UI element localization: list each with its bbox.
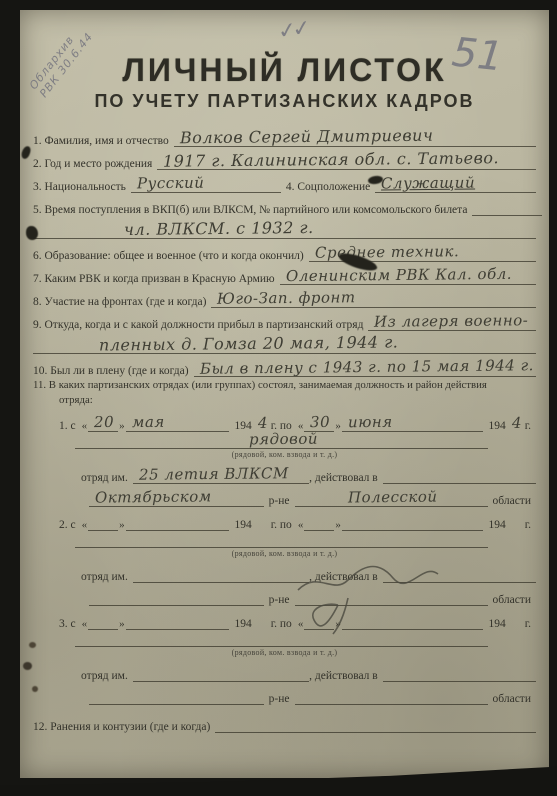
field-row-5-label: 5. Время поступления в ВКП(б) или ВЛКСМ,… (33, 193, 536, 216)
entry-3-day-from (88, 628, 96, 629)
field-10-label: 10. Был ли в плену (где и когда) (33, 365, 194, 377)
ink-blot (26, 226, 38, 240)
entry-3-year-from (257, 629, 258, 630)
entry-2-day-to-line (304, 510, 334, 531)
entry-2-year-to (511, 530, 512, 531)
entry-2-month-to (342, 529, 350, 530)
entry-1-month-to-line: июня (342, 411, 484, 432)
entry-3-district (89, 703, 97, 704)
entry-1-district-line: Октябрьском (89, 486, 264, 507)
entry-2-year-from (257, 530, 258, 531)
entry-3-month-from (126, 628, 134, 629)
field-11-label2: отряда: (33, 393, 536, 408)
otryad-label: отряд им. (81, 472, 133, 484)
entry-3-acted-line (383, 661, 536, 682)
field-5-line: чл. ВЛКСМ. с 1932 г. (33, 218, 536, 239)
field-8-line: Юго-Зап. фронт (211, 287, 536, 308)
field-3-label: 3. Национальность (33, 181, 131, 193)
field-3-line: Русский (131, 172, 281, 193)
entry-1-position: рядовой (243, 432, 320, 449)
rne-label: р-не (264, 693, 295, 705)
field-row-8: 8. Участие на фронтах (где и когда) Юго-… (33, 285, 536, 308)
field-11-label: 11. В каких партизанских отрядах (или гр… (33, 377, 536, 393)
entry-1-otryad-row: отряд им. 25 летия ВЛКСМ , действовал в (33, 461, 536, 484)
year-prefix: 194 (229, 519, 256, 531)
field-row-5-value: чл. ВЛКСМ. с 1932 г. (33, 216, 536, 239)
field-1-label: 1. Фамилия, имя и отчество (33, 135, 174, 147)
entry-2-position (277, 546, 285, 547)
year-prefix: 194 (483, 618, 510, 630)
entry-1-district-row: Октябрьском р-не Полесской области (33, 484, 536, 507)
field-9-label: 9. Откуда, когда и с какой должности при… (33, 319, 368, 331)
paper-speck (29, 642, 36, 648)
field-12-label: 12. Ранения и контузии (где и когда) (33, 721, 215, 733)
entry-3-index: 3. с (59, 618, 81, 630)
field-row-9: 9. Откуда, когда и с какой должности при… (33, 308, 536, 331)
field-row-12: 12. Ранения и контузии (где и когда) (33, 710, 536, 733)
entry-3-otryad-row: отряд им. , действовал в (33, 659, 536, 682)
field-row-3-4: 3. Национальность Русский 4. Соцположени… (33, 170, 536, 193)
entry-1-day-to: 30 (304, 415, 332, 431)
entry-3-district-row: р-не области (33, 682, 536, 705)
year-prefix: 194 (483, 519, 510, 531)
field-6-label: 6. Образование: общее и военное (что и к… (33, 250, 309, 262)
entry-1-year-to-slot: 4 (511, 412, 525, 432)
field-8-value: Юго-Зап. фронт (211, 290, 358, 308)
entry-1-otryad-name: 25 летия ВЛКСМ (133, 466, 291, 484)
service-entry-1: 1. с « 20 » мая 194 4 г. по « 30 » июня … (33, 408, 536, 507)
oblast-label: области (488, 594, 536, 606)
entry-2-day-to (304, 529, 312, 530)
field-row-9b: пленных д. Гомза 20 мая, 1944 г. (33, 331, 536, 354)
entry-3-year-to-slot (511, 610, 525, 630)
entry-2-position-rule (75, 531, 488, 548)
field-5-line-short (472, 195, 542, 216)
entry-1-year-to: 4 (511, 416, 522, 432)
entry-2-district (89, 604, 97, 605)
entry-3-day-from-line (88, 609, 118, 630)
entry-3-otryad-line (133, 661, 309, 682)
entry-2-position-line (75, 531, 488, 549)
paper-speck (23, 662, 32, 670)
field-5-value: чл. ВЛКСМ. с 1932 г. (118, 220, 316, 239)
field-9-value-line2: пленных д. Гомза 20 мая, 1944 г. (93, 334, 400, 354)
quote-close: » (118, 618, 126, 630)
entry-1-month-from-line: мая (126, 411, 230, 432)
field-9-line2: пленных д. Гомза 20 мая, 1944 г. (33, 333, 536, 354)
entry-3-month-from-line (126, 609, 230, 630)
field-7-value: Оленинским РВК Кал. обл. (280, 267, 514, 285)
entry-3-position (277, 645, 285, 646)
field-row-1: 1. Фамилия, имя и отчество Волков Сергей… (33, 124, 536, 147)
entry-2-year-from-slot (257, 511, 271, 531)
entry-3-district-line (89, 684, 264, 705)
entry-2-index: 2. с (59, 519, 81, 531)
field-2-line: 1917 г. Калининская обл. с. Татьево. (157, 149, 536, 170)
field-3-value: Русский (131, 176, 207, 193)
entry-1-day-from-line: 20 (88, 411, 118, 432)
entry-1-month-from: мая (126, 415, 167, 431)
paper-speck (32, 686, 38, 692)
entry-3-oblast-line (295, 684, 488, 705)
quote-close: » (118, 519, 126, 531)
rne-label: р-не (264, 495, 295, 507)
entry-2-month-to-line (342, 510, 484, 531)
field-2-label: 2. Год и место рождения (33, 158, 157, 170)
entry-2-day-from-line (88, 510, 118, 531)
field-10-value: Был в плену с 1943 г. по 15 мая 1944 г. (193, 358, 535, 378)
field-6-value: Среднее техник. (309, 244, 461, 262)
entry-1-month-to: июня (342, 415, 395, 432)
quote-close: » (334, 519, 342, 531)
entry-1-position-line: рядовой (75, 432, 488, 450)
entry-1-position-rule: рядовой (75, 432, 488, 449)
entry-2-month-from-line (126, 510, 230, 531)
field-5-label: 5. Время поступления в ВКП(б) или ВЛКСМ,… (33, 204, 472, 216)
entry-3-oblast (387, 703, 395, 704)
entry-1-dates: 1. с « 20 » мая 194 4 г. по « 30 » июня … (33, 408, 536, 432)
quote-close: » (334, 420, 342, 432)
entry-2-dates: 2. с « » 194 г. по « » 194 г. (33, 507, 536, 531)
field-12-value (215, 731, 223, 732)
field-row-10: 10. Был ли в плену (где и когда) Был в п… (33, 354, 536, 377)
field-row-7: 7. Каким РВК и когда призван в Красную А… (33, 262, 536, 285)
quote-open: « (81, 519, 89, 531)
entry-3-year-to (511, 629, 512, 630)
field-9-value-line1: Из лагеря военно- (368, 313, 530, 331)
pencil-checkmarks: ✓✓ (276, 16, 308, 45)
g-label: г. (525, 420, 536, 432)
pen-scribble (278, 550, 468, 640)
quote-close: » (118, 420, 126, 432)
field-7-label: 7. Каким РВК и когда призван в Красную А… (33, 273, 280, 285)
entry-2-district-line (89, 585, 264, 606)
oblast-label: области (488, 693, 536, 705)
otryad-label: отряд им. (81, 670, 133, 682)
field-7-line: Оленинским РВК Кал. обл. (280, 264, 536, 285)
field-4-label: 4. Соцположение (281, 181, 375, 193)
entry-1-year-from-slot: 4 (257, 412, 271, 432)
field-1-value: Волков Сергей Дмитриевич (174, 128, 436, 148)
field-2-value: 1917 г. Калининская обл. с. Татьево. (157, 150, 501, 171)
field-9-line1: Из лагеря военно- (368, 310, 536, 331)
otryad-label: отряд им. (81, 571, 133, 583)
field-8-label: 8. Участие на фронтах (где и когда) (33, 296, 211, 308)
scan-background: Облархив РВК 30.6.44 ✓✓ 51 ЛИЧНЫЙ ЛИСТОК… (0, 0, 557, 796)
entry-3-otryad-name (133, 680, 141, 681)
quote-open: « (81, 618, 89, 630)
entry-1-district: Октябрьском (89, 489, 214, 506)
entry-2-otryad-name (133, 581, 141, 582)
g-label: г. (525, 519, 536, 531)
field-1-line: Волков Сергей Дмитриевич (174, 126, 536, 147)
acted-label: , действовал в (309, 670, 383, 682)
field-12-line (215, 712, 536, 733)
field-10-line: Был в плену с 1943 г. по 15 мая 1944 г. (194, 356, 536, 377)
entry-1-caption: (рядовой, ком. взвода и т. д.) (33, 450, 536, 461)
entry-3-year-from-slot (257, 610, 271, 630)
oblast-label: области (488, 495, 536, 507)
entry-1-oblast-line: Полесской (295, 486, 488, 507)
entry-2-year-to-slot (511, 511, 525, 531)
year-prefix: 194 (229, 618, 256, 630)
document-subtitle: ПО УЧЕТУ ПАРТИЗАНСКИХ КАДРОВ (20, 91, 549, 112)
acted-label: , действовал в (309, 472, 383, 484)
field-4-line: Служащий (375, 172, 536, 193)
document-paper: Облархив РВК 30.6.44 ✓✓ 51 ЛИЧНЫЙ ЛИСТОК… (20, 10, 549, 778)
field-4-value: Служащий (375, 175, 477, 192)
field-row-6: 6. Образование: общее и военное (что и к… (33, 239, 536, 262)
entry-2-month-from (126, 529, 134, 530)
year-prefix: 194 (483, 420, 510, 432)
quote-open: « (81, 420, 89, 432)
entry-1-acted-line (383, 463, 536, 484)
g-po-label: г. по (271, 519, 297, 531)
entry-3-caption: (рядовой, ком. взвода и т. д.) (33, 648, 536, 659)
g-label: г. (525, 618, 536, 630)
field-row-2: 2. Год и место рождения 1917 г. Калининс… (33, 147, 536, 170)
entry-1-otryad-line: 25 летия ВЛКСМ (133, 463, 309, 484)
entry-1-day-from: 20 (88, 415, 116, 431)
entry-1-index: 1. с (59, 420, 81, 432)
pencil-page-number: 51 (450, 29, 505, 80)
entry-2-day-from (88, 529, 96, 530)
entry-1-oblast: Полесской (342, 489, 440, 506)
